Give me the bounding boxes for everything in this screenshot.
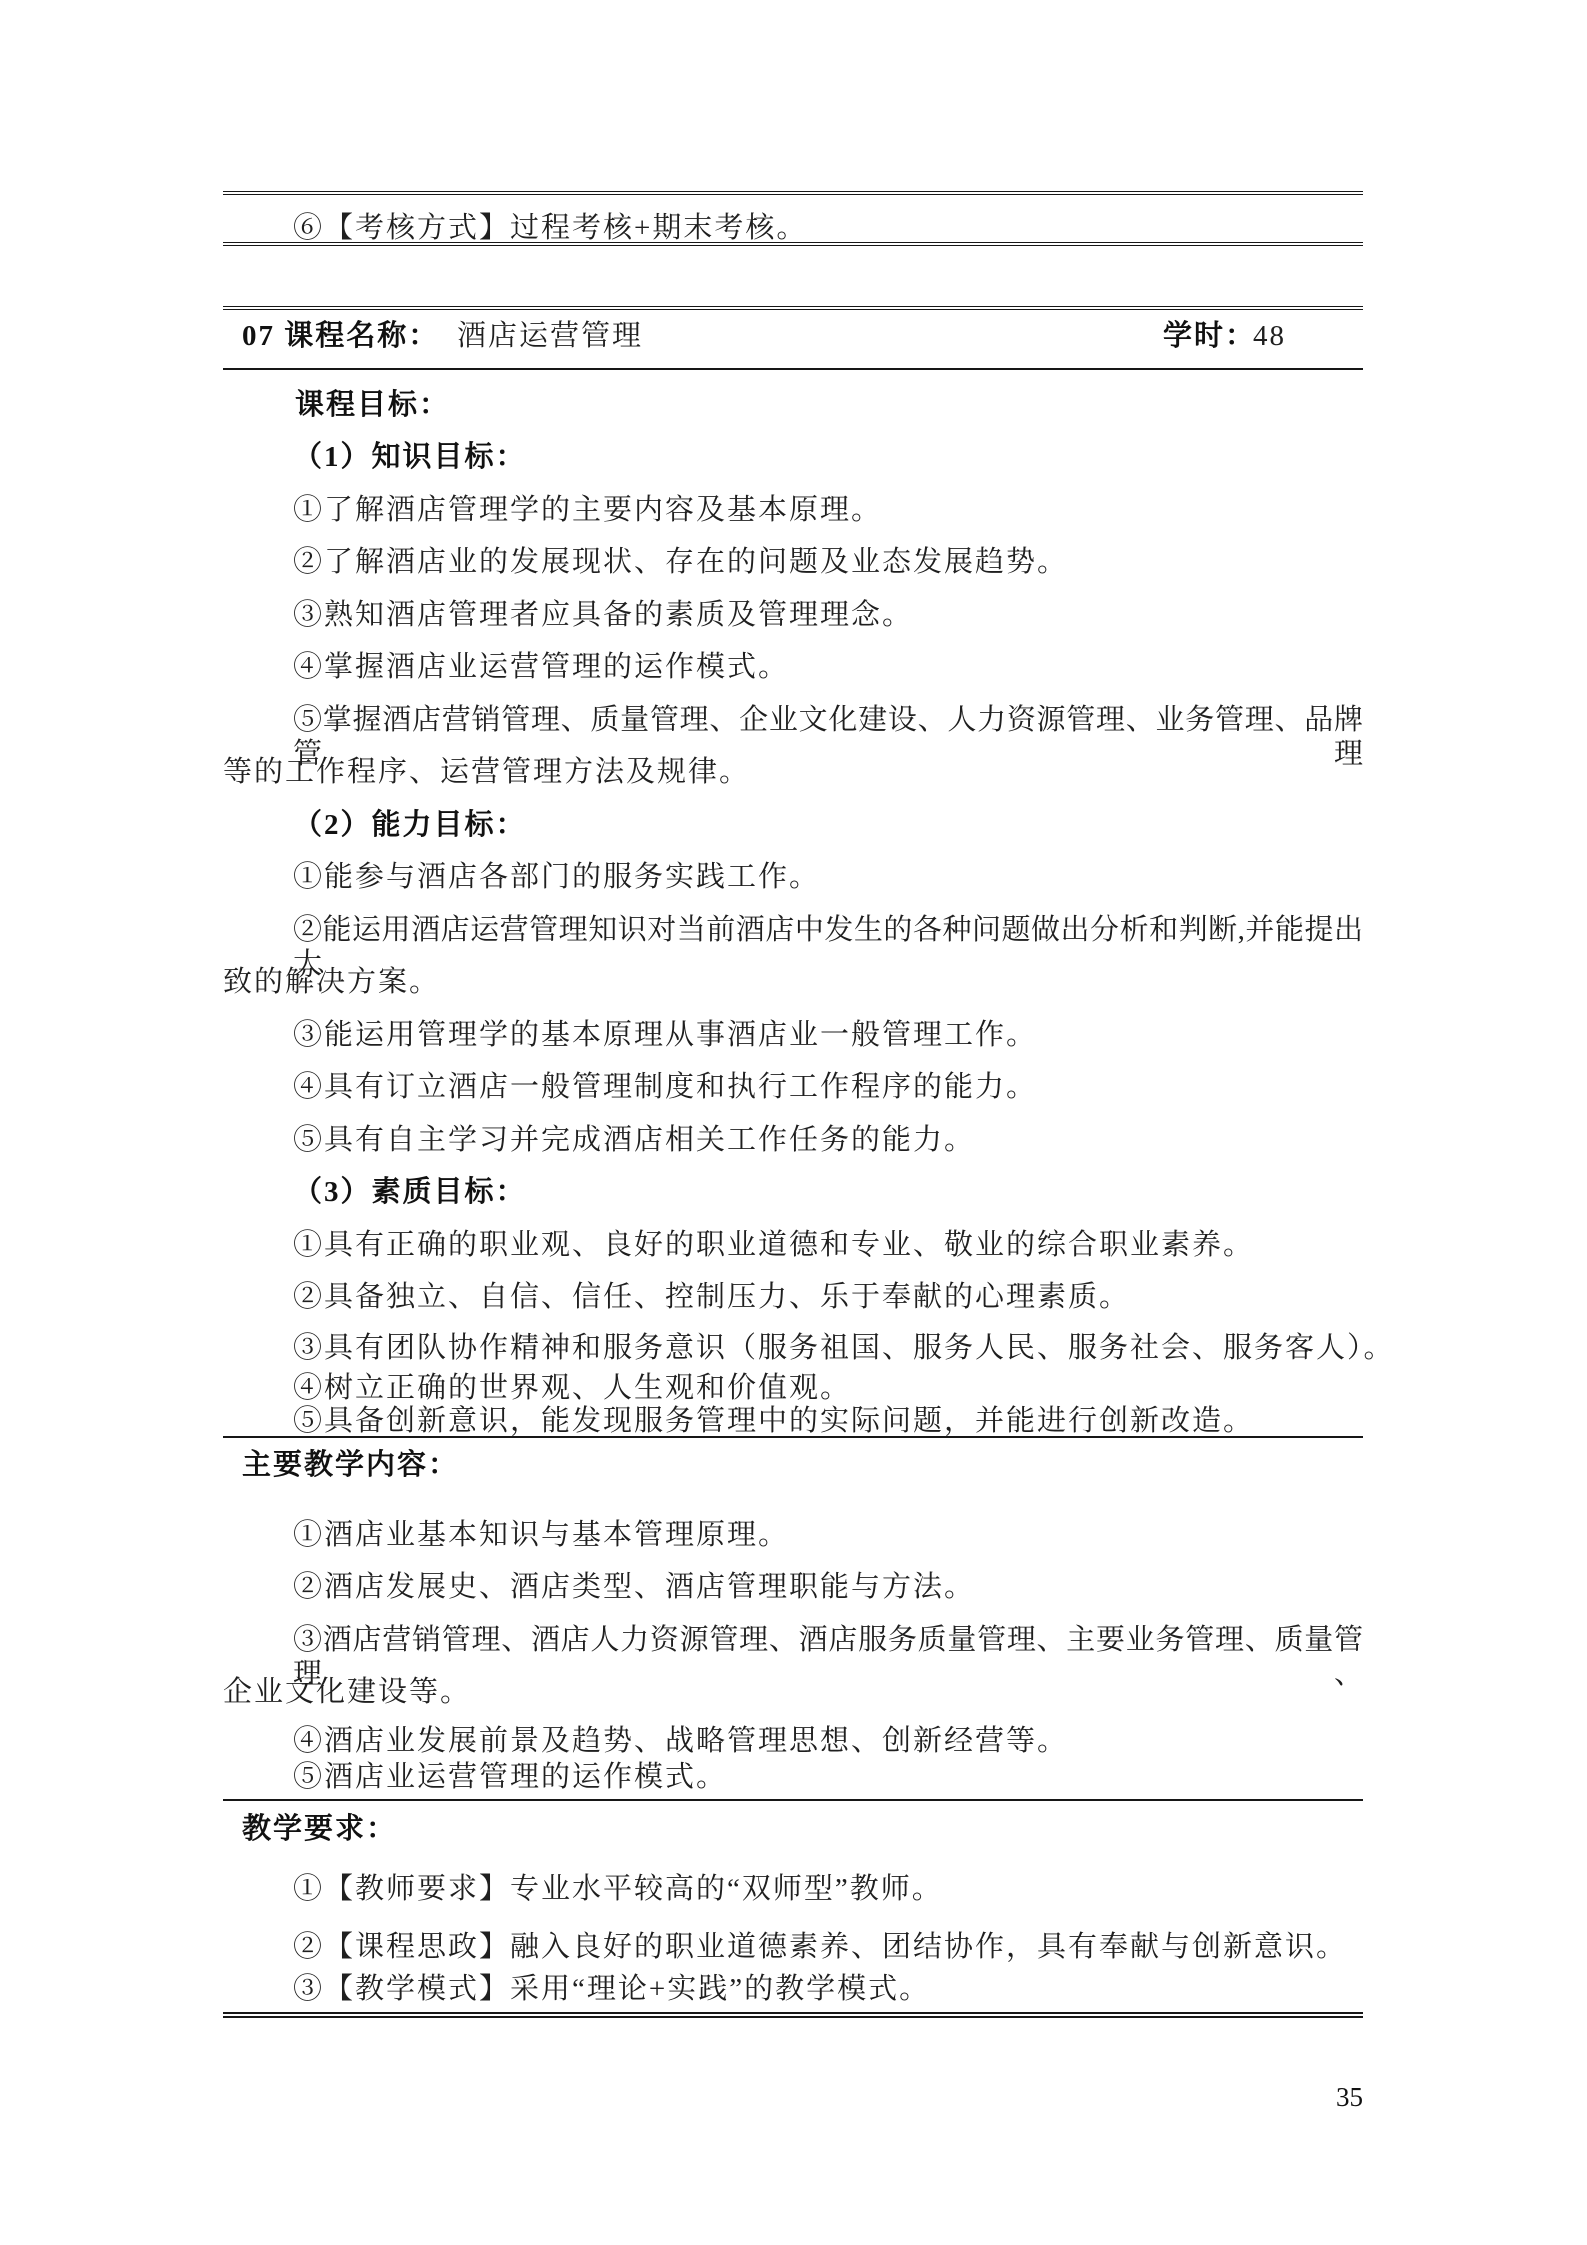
course-name-value: 酒店运营管理 [457, 319, 643, 353]
teaching-requirements-title: 教学要求： [242, 1812, 397, 1846]
divider-double-course-top [223, 306, 1363, 310]
knowledge-item-1: ①了解酒店管理学的主要内容及基本原理。 [293, 493, 882, 527]
knowledge-item-3: ③熟知酒店管理者应具备的素质及管理理念。 [293, 598, 913, 632]
content-item-4: ④酒店业发展前景及趋势、战略管理思想、创新经营等。 [293, 1724, 1068, 1758]
content-item-1: ①酒店业基本知识与基本管理原理。 [293, 1518, 789, 1552]
divider-double-assessment-bottom [223, 242, 1363, 246]
ability-goals-heading: （2）能力目标： [293, 808, 527, 842]
quality-item-5: ⑤具备创新意识，能发现服务管理中的实际问题，并能进行创新改造。 [293, 1404, 1254, 1438]
ability-item-4: ④具有订立酒店一般管理制度和执行工作程序的能力。 [293, 1070, 1037, 1104]
ability-item-2-line1: ②能运用酒店运营管理知识对当前酒店中发生的各种问题做出分析和判断,并能提出大 [293, 913, 1363, 981]
knowledge-item-2: ②了解酒店业的发展现状、存在的问题及业态发展趋势。 [293, 545, 1068, 579]
ability-item-2-line2: 致的解决方案。 [223, 965, 440, 999]
quality-goals-heading: （3）素质目标： [293, 1175, 527, 1209]
hours-label: 学时： [1163, 319, 1256, 353]
assessment-method-line: ⑥【考核方式】过程考核+期末考核。 [293, 211, 807, 245]
knowledge-goals-heading: （1）知识目标： [293, 440, 527, 474]
page-number: 35 [1336, 2082, 1363, 2113]
quality-item-3: ③具有团队协作精神和服务意识（服务祖国、服务人民、服务社会、服务客人）。 [293, 1331, 1395, 1365]
divider-header-bottom [223, 368, 1363, 370]
quality-item-1: ①具有正确的职业观、良好的职业道德和专业、敬业的综合职业素养。 [293, 1228, 1254, 1262]
course-number-label: 07 课程名称： [242, 319, 439, 353]
divider-content-bottom [223, 1799, 1363, 1801]
ability-item-1: ①能参与酒店各部门的服务实践工作。 [293, 860, 820, 894]
teaching-content-title: 主要教学内容： [242, 1448, 459, 1482]
document-page: ⑥【考核方式】过程考核+期末考核。 07 课程名称： 酒店运营管理 学时： 48… [0, 0, 1587, 2245]
quality-item-4: ④树立正确的世界观、人生观和价值观。 [293, 1371, 851, 1405]
content-item-2: ②酒店发展史、酒店类型、酒店管理职能与方法。 [293, 1570, 975, 1604]
content-item-5: ⑤酒店业运营管理的运作模式。 [293, 1760, 727, 1794]
ability-item-5: ⑤具有自主学习并完成酒店相关工作任务的能力。 [293, 1123, 975, 1157]
divider-objectives-bottom [223, 1436, 1363, 1438]
requirement-item-1: ①【教师要求】专业水平较高的“双师型”教师。 [293, 1872, 943, 1906]
requirement-item-2: ②【课程思政】融入良好的职业道德素养、团结协作，具有奉献与创新意识。 [293, 1930, 1347, 1964]
knowledge-item-4: ④掌握酒店业运营管理的运作模式。 [293, 650, 789, 684]
quality-item-2: ②具备独立、自信、信任、控制压力、乐于奉献的心理素质。 [293, 1280, 1130, 1314]
hours-value: 48 [1253, 319, 1286, 353]
objectives-title: 课程目标： [295, 388, 450, 422]
knowledge-item-5-line2: 等的工作程序、运营管理方法及规律。 [223, 755, 750, 789]
divider-double-top [223, 191, 1363, 195]
requirement-item-3: ③【教学模式】采用“理论+实践”的教学模式。 [293, 1972, 930, 2006]
ability-item-3: ③能运用管理学的基本原理从事酒店业一般管理工作。 [293, 1018, 1037, 1052]
divider-double-table-bottom [223, 2012, 1363, 2018]
content-item-3-line2: 企业文化建设等。 [223, 1675, 471, 1709]
